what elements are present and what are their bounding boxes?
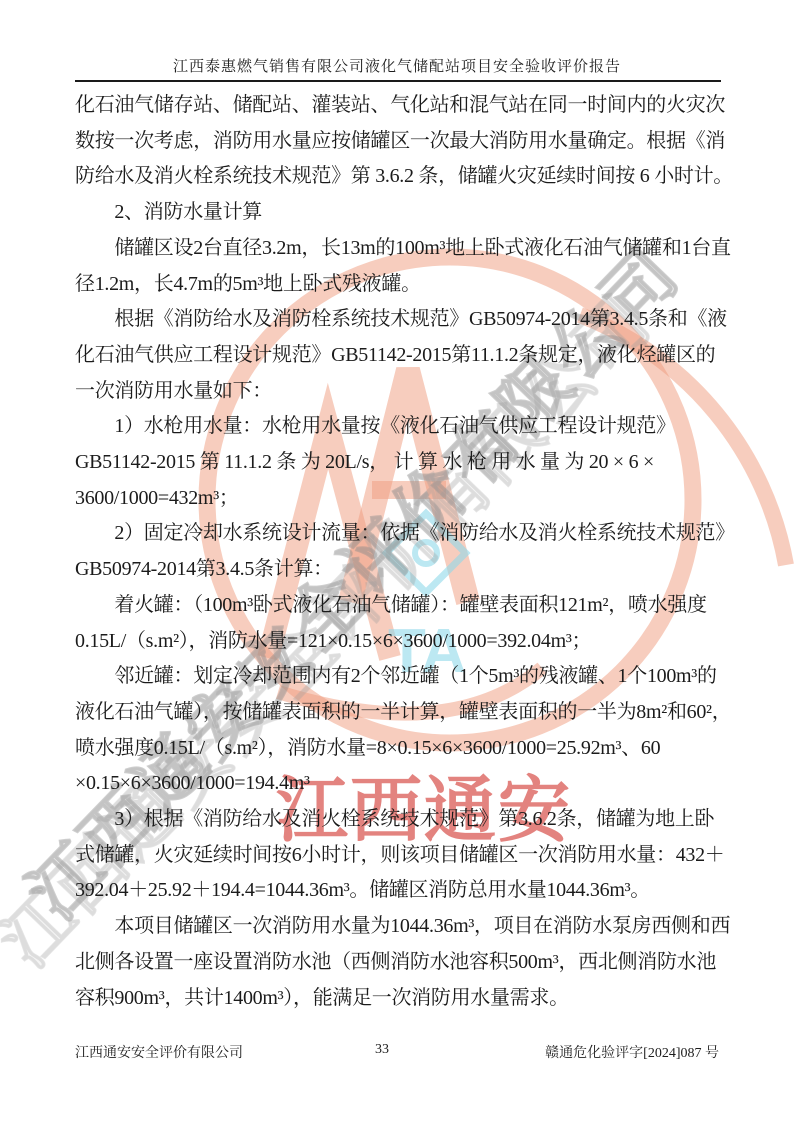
body-line: GB50974-2014第3.4.5条计算： (75, 552, 723, 588)
body-line: 着火罐：（100m³卧式液化石油气储罐）：罐壁表面积121m²，喷水强度 (75, 588, 723, 624)
body-line: ×0.15×6×3600/1000=194.4m³ (75, 766, 723, 802)
page-header-title: 江西泰惠燃气销售有限公司液化气储配站项目安全验收评价报告 (75, 55, 719, 76)
body-line: 喷水强度0.15L/（s.m²），消防水量=8×0.15×6×3600/1000… (75, 731, 723, 767)
body-line: 3600/1000=432m³； (75, 481, 723, 517)
body-line: 化石油气供应工程设计规范》GB51142-2015第11.1.2条规定，液化烃罐… (75, 338, 723, 374)
body-line: 径1.2m，长4.7m的5m³地上卧式残液罐。 (75, 267, 723, 303)
footer-company-name: 江西通安安全评价有限公司 (75, 1042, 243, 1062)
body-line: 式储罐，火灾延续时间按6小时计，则该项目储罐区一次消防用水量：432＋ (75, 838, 723, 874)
body-line: 392.04＋25.92＋194.4=1044.36m³。储罐区消防总用水量10… (75, 873, 723, 909)
body-line: 1）水枪用水量：水枪用水量按《液化石油气供应工程设计规范》 (75, 409, 723, 445)
body-line: 邻近罐：划定冷却范围内有2个邻近罐（1个5m³的残液罐、1个100m³的 (75, 659, 723, 695)
body-line: 化石油气储存站、储配站、灌装站、气化站和混气站在同一时间内的火灾次 (75, 88, 723, 124)
body-line: 2）固定冷却水系统设计流量：依据《消防给水及消火栓系统技术规范》 (75, 516, 723, 552)
footer-doc-number: 赣通危化验评字[2024]087 号 (545, 1042, 719, 1062)
body-line: GB51142-2015 第 11.1.2 条 为 20L/s， 计 算 水 枪… (75, 445, 723, 481)
document-body: 化石油气储存站、储配站、灌装站、气化站和混气站在同一时间内的火灾次 数按一次考虑… (75, 88, 723, 1016)
body-line: 容积900m³，共计1400m³），能满足一次消防用水量需求。 (75, 981, 723, 1017)
body-line: 0.15L/（s.m²），消防水量=121×0.15×6×3600/1000=3… (75, 624, 723, 660)
body-line: 防给水及消火栓系统技术规范》第 3.6.2 条，储罐火灾延续时间按 6 小时计。 (75, 159, 723, 195)
body-line: 2、消防水量计算 (75, 195, 723, 231)
body-line: 3）根据《消防给水及消火栓系统技术规范》第3.6.2条，储罐为地上卧 (75, 802, 723, 838)
body-line: 一次消防用水量如下： (75, 374, 723, 410)
body-line: 北侧各设置一座设置消防水池（西侧消防水池容积500m³，西北侧消防水池 (75, 945, 723, 981)
body-line: 储罐区设2台直径3.2m，长13m的100m³地上卧式液化石油气储罐和1台直 (75, 231, 723, 267)
document-page: 江西泰惠燃气销售有限公司液化气储配站项目安全验收评价报告 化石油气储存站、储配站… (0, 0, 794, 1123)
page-footer: 33 江西通安安全评价有限公司 赣通危化验评字[2024]087 号 (75, 1042, 719, 1062)
header-rule (75, 80, 721, 82)
body-line: 本项目储罐区一次消防用水量为1044.36m³，项目在消防水泵房西侧和西 (75, 909, 723, 945)
body-line: 液化石油气罐），按储罐表面积的一半计算，罐壁表面积的一半为8m²和60²， (75, 695, 723, 731)
body-line: 根据《消防给水及消防栓系统技术规范》GB50974-2014第3.4.5条和《液 (75, 302, 723, 338)
body-line: 数按一次考虑，消防用水量应按储罐区一次最大消防用水量确定。根据《消 (75, 124, 723, 160)
